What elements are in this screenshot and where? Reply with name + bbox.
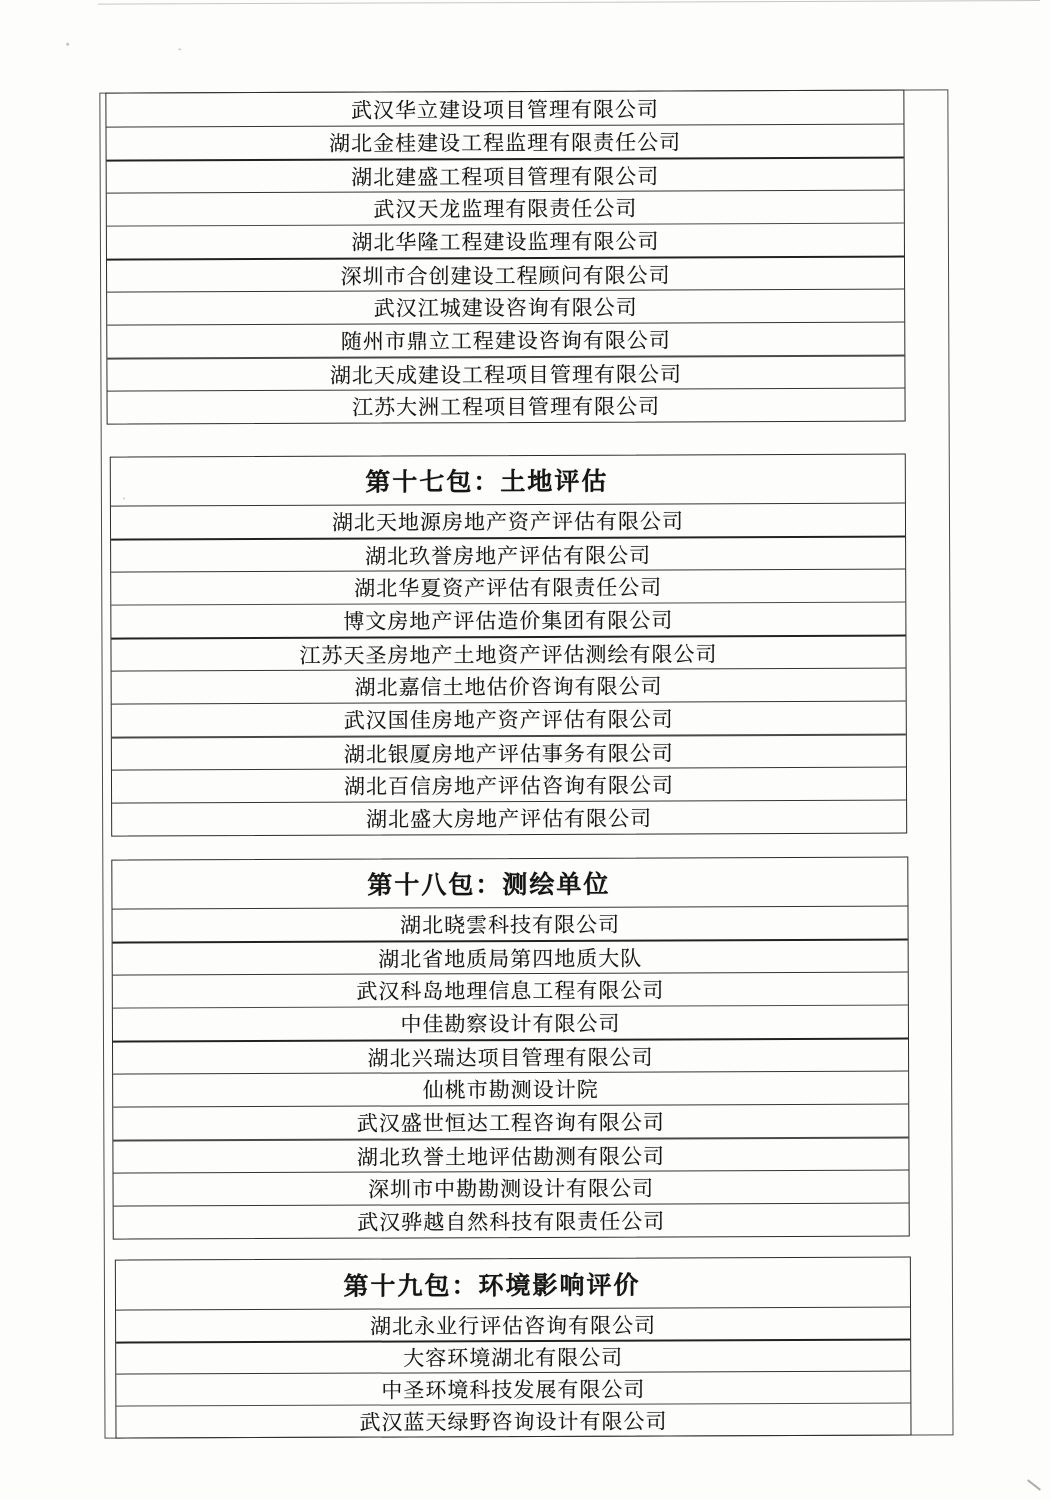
company-name-cell: 中佳勘察设计有限公司 <box>400 1008 620 1039</box>
company-name-cell: 湖北华隆工程建设监理有限公司 <box>351 225 659 256</box>
company-name-cell: 湖北盛大房地产评估有限公司 <box>366 803 652 834</box>
table-row: 武汉天龙监理有限责任公司 <box>107 190 904 226</box>
table-row: 湖北永业行评估咨询有限公司 <box>116 1307 910 1342</box>
table-row: 湖北银厦房地产评估事务有限公司 <box>112 734 906 770</box>
company-name-cell: 湖北金桂建设工程监理有限责任公司 <box>329 126 681 157</box>
table-row: 湖北盛大房地产评估有限公司 <box>112 800 906 836</box>
table-row: 湖北华夏资产评估有限责任公司 <box>111 569 905 605</box>
section-header: 第十八包：测绘单位 <box>112 858 907 909</box>
table-row: 仙桃市勘测设计院 <box>113 1071 908 1107</box>
company-name-cell: 仙桃市勘测设计院 <box>423 1074 599 1105</box>
scanned-document-page: 武汉华立建设项目管理有限公司湖北金桂建设工程监理有限责任公司湖北建盛工程项目管理… <box>0 0 1051 1500</box>
table-row: 随州市鼎立工程建设咨询有限公司 <box>107 322 904 358</box>
company-name-cell: 湖北兴瑞达项目管理有限公司 <box>368 1041 654 1072</box>
table-row: 武汉盛世恒达工程咨询有限公司 <box>113 1104 908 1140</box>
company-name-cell: 武汉华立建设项目管理有限公司 <box>351 93 659 124</box>
table-row: 武汉科岛地理信息工程有限公司 <box>113 972 908 1008</box>
company-name-cell: 随州市鼎立工程建设咨询有限公司 <box>341 324 671 355</box>
table-row: 湖北玖誉土地评估勘测有限公司 <box>113 1137 908 1173</box>
company-name-cell: 江苏天圣房地产土地资产评估测绘有限公司 <box>299 638 717 670</box>
table-row: 湖北建盛工程项目管理有限公司 <box>107 157 904 193</box>
package-18-surveying-units-table: 第十八包：测绘单位湖北晓雲科技有限公司湖北省地质局第四地质大队武汉科岛地理信息工… <box>111 857 909 1240</box>
table-row: 江苏大洲工程项目管理有限公司 <box>107 388 904 424</box>
company-name-cell: 武汉江城建设咨询有限公司 <box>374 292 638 323</box>
table-row: 湖北金桂建设工程监理有限责任公司 <box>106 124 903 160</box>
table-row: 武汉江城建设咨询有限公司 <box>107 289 904 325</box>
table-row: 湖北天成建设工程项目管理有限公司 <box>107 355 904 391</box>
supervision-companies-table-continued: 武汉华立建设项目管理有限公司湖北金桂建设工程监理有限责任公司湖北建盛工程项目管理… <box>105 90 905 425</box>
table-row: 深圳市中勘勘测设计有限公司 <box>113 1170 908 1206</box>
table-row: 武汉国佳房地产资产评估有限公司 <box>112 701 906 737</box>
company-name-cell: 湖北嘉信土地估价咨询有限公司 <box>355 670 663 701</box>
table-row: 武汉蓝天绿野咨询设计有限公司 <box>116 1403 910 1438</box>
scan-dust-speck <box>178 48 181 50</box>
scan-dust-speck <box>66 43 69 46</box>
table-row: 湖北玖誉房地产评估有限公司 <box>111 536 905 572</box>
company-name-cell: 江苏大洲工程项目管理有限公司 <box>352 390 660 421</box>
table-row: 湖北兴瑞达项目管理有限公司 <box>113 1038 908 1074</box>
table-row: 大容环境湖北有限公司 <box>116 1339 910 1374</box>
company-name-cell: 武汉天龙监理有限责任公司 <box>373 193 637 224</box>
company-name-cell: 武汉国佳房地产资产评估有限公司 <box>344 703 674 734</box>
page-top-cutoff-line <box>98 0 1040 5</box>
company-name-cell: 湖北永业行评估咨询有限公司 <box>370 1309 656 1340</box>
company-name-cell: 湖北晓雲科技有限公司 <box>400 909 620 940</box>
package-17-land-evaluation-table: 第十七包：土地评估湖北天地源房地产资产评估有限公司湖北玖誉房地产评估有限公司湖北… <box>110 454 907 837</box>
scan-dust-speck <box>123 498 125 500</box>
company-name-cell: 深圳市合创建设工程顾问有限公司 <box>340 259 670 290</box>
company-name-cell: 武汉科岛地理信息工程有限公司 <box>356 974 664 1005</box>
package-19-environmental-impact-table: 第十九包：环境影响评价湖北永业行评估咨询有限公司大容环境湖北有限公司中圣环境科技… <box>115 1257 912 1439</box>
company-name-cell: 武汉盛世恒达工程咨询有限公司 <box>357 1106 665 1137</box>
company-name-cell: 武汉蓝天绿野咨询设计有限公司 <box>359 1405 667 1436</box>
table-row: 湖北华隆工程建设监理有限公司 <box>107 223 904 259</box>
table-row: 江苏天圣房地产土地资产评估测绘有限公司 <box>111 635 905 671</box>
table-row: 湖北晓雲科技有限公司 <box>112 906 907 942</box>
table-row: 博文房地产评估造价集团有限公司 <box>111 602 905 638</box>
table-row: 武汉骅越自然科技有限责任公司 <box>114 1203 909 1239</box>
company-name-cell: 中圣环境科技发展有限公司 <box>381 1373 645 1404</box>
company-name-cell: 武汉骅越自然科技有限责任公司 <box>357 1205 665 1236</box>
section-header: 第十九包：环境影响评价 <box>116 1258 910 1310</box>
scan-content: 武汉华立建设项目管理有限公司湖北金桂建设工程监理有限责任公司湖北建盛工程项目管理… <box>0 0 1051 1500</box>
company-name-cell: 湖北建盛工程项目管理有限公司 <box>351 160 659 191</box>
table-row: 湖北省地质局第四地质大队 <box>113 939 908 975</box>
company-name-cell: 深圳市中勘勘测设计有限公司 <box>368 1173 654 1204</box>
company-name-cell: 湖北银厦房地产评估事务有限公司 <box>344 737 674 768</box>
table-row: 湖北百信房地产评估咨询有限公司 <box>112 767 906 803</box>
company-name-cell: 湖北天地源房地产资产评估有限公司 <box>332 505 684 536</box>
table-row: 湖北嘉信土地估价咨询有限公司 <box>112 668 906 704</box>
company-name-cell: 湖北玖誉土地评估勘测有限公司 <box>357 1140 665 1171</box>
company-name-cell: 湖北天成建设工程项目管理有限公司 <box>330 358 682 389</box>
company-name-cell: 湖北玖誉房地产评估有限公司 <box>365 539 651 570</box>
table-row: 湖北天地源房地产资产评估有限公司 <box>111 503 905 539</box>
table-row: 深圳市合创建设工程顾问有限公司 <box>107 256 904 292</box>
company-name-cell: 湖北华夏资产评估有限责任公司 <box>354 571 662 602</box>
company-name-cell: 博文房地产评估造价集团有限公司 <box>343 604 673 635</box>
table-row: 中圣环境科技发展有限公司 <box>116 1371 910 1406</box>
company-name-cell: 大容环境湖北有限公司 <box>403 1342 623 1373</box>
section-header: 第十七包：土地评估 <box>111 455 905 506</box>
company-name-cell: 湖北省地质局第四地质大队 <box>378 942 642 973</box>
company-name-cell: 湖北百信房地产评估咨询有限公司 <box>344 769 674 800</box>
table-row: 中佳勘察设计有限公司 <box>113 1005 908 1041</box>
table-row: 武汉华立建设项目管理有限公司 <box>106 91 903 127</box>
